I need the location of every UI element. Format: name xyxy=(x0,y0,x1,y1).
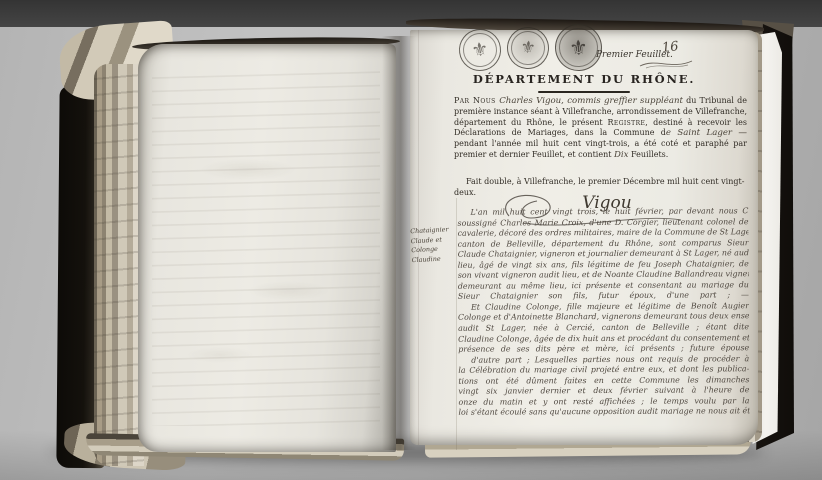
foliage-ink-stamp-icon: ⚜ xyxy=(505,25,551,71)
register-declaration-paragraph: Par Nous Charles Vigou, commis greffier … xyxy=(454,96,747,161)
act-text-line: loi s'étant écoulé sans qu'aucune opposi… xyxy=(458,407,749,419)
handwritten-segment: e Saint Lager — xyxy=(666,128,747,138)
handwritten-segment: Dix xyxy=(614,150,629,160)
folio-paraph-flourish xyxy=(638,56,696,70)
handwritten-segment: Charles Vigou, commis greffier suppléant xyxy=(499,96,683,106)
left-page-blank xyxy=(138,44,396,452)
margin-note-names: Chataignier Claude et Colonge Claudine xyxy=(410,225,458,265)
handwritten-marriage-act: L'an mil huit cent vingt trois, le huit … xyxy=(457,206,749,418)
archival-register-scan: ⚜ ⚜ ⚜ Premier Feuillet. 16 DÉPARTEMENT D… xyxy=(0,0,822,480)
print-segment: Registre, xyxy=(607,118,648,127)
print-segment: pendant l'année mil huit cent vingt-troi… xyxy=(454,139,747,159)
margin-note-line: Colonge Claudine xyxy=(411,244,458,265)
page-title-departement: DÉPARTEMENT DU RHÔNE. xyxy=(410,72,758,86)
folio-number: 16 xyxy=(661,39,679,56)
gutter-shadow xyxy=(382,36,416,450)
print-segment: Feuillets. xyxy=(628,150,668,159)
effigy-ink-stamp-icon: ⚜ xyxy=(554,23,603,72)
fleur-de-lis-ink-stamp-icon: ⚜ xyxy=(456,26,503,73)
print-segment: Par Nous xyxy=(454,96,499,105)
heading-rule xyxy=(538,91,630,93)
ink-bleed-through xyxy=(152,70,380,426)
page-edges-left xyxy=(94,64,144,466)
right-page: ⚜ ⚜ ⚜ Premier Feuillet. 16 DÉPARTEMENT D… xyxy=(410,30,758,445)
